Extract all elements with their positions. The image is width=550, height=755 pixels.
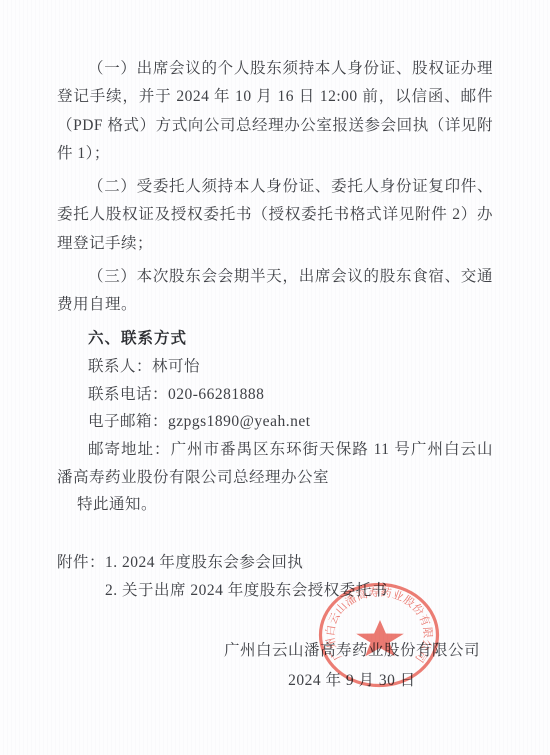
contact-address: 邮寄地址：广州市番禺区东环街天保路 11 号广州白云山潘高寿药业股份有限公司总经… [57, 436, 493, 491]
document-content: （一）出席会议的个人股东须持本人身份证、股权证办理登记手续，并于 2024 年 … [0, 0, 550, 695]
attachment-item-2: 2. 关于出席 2024 年度股东会授权委托书 [105, 577, 388, 605]
notice-line: 特此通知。 [57, 491, 493, 519]
attachment-item-1: 1. 2024 年度股东会参会回执 [105, 549, 388, 577]
attachments-block: 附件： 1. 2024 年度股东会参会回执 2. 关于出席 2024 年度股东会… [57, 549, 493, 604]
paragraph-meeting-duration: （三）本次股东会会期半天，出席会议的股东食宿、交通费用自理。 [57, 263, 493, 320]
attachments-list: 1. 2024 年度股东会参会回执 2. 关于出席 2024 年度股东会授权委托… [105, 549, 388, 604]
contact-email: 电子邮箱：gzpgs1890@yeah.net [57, 408, 493, 436]
signature-date: 2024 年 9 月 30 日 [224, 667, 480, 695]
attachments-label: 附件： [57, 549, 105, 577]
section-heading-contact: 六、联系方式 [57, 325, 493, 353]
contact-person: 联系人：林可怡 [57, 353, 493, 381]
document-page: （一）出席会议的个人股东须持本人身份证、股权证办理登记手续，并于 2024 年 … [0, 0, 550, 755]
signature-company-name: 广州白云山潘高寿药业股份有限公司 [224, 637, 480, 665]
contact-phone: 联系电话：020-66281888 [57, 381, 493, 409]
paragraph-registration-proxy: （二）受委托人须持本人身份证、委托人身份证复印件、委托人股权证及授权委托书（授权… [57, 173, 493, 258]
paragraph-registration-individual: （一）出席会议的个人股东须持本人身份证、股权证办理登记手续，并于 2024 年 … [57, 55, 493, 168]
signature-block: 广州白云山潘高寿药业股份有限公司 2024 年 9 月 30 日 [224, 637, 480, 696]
